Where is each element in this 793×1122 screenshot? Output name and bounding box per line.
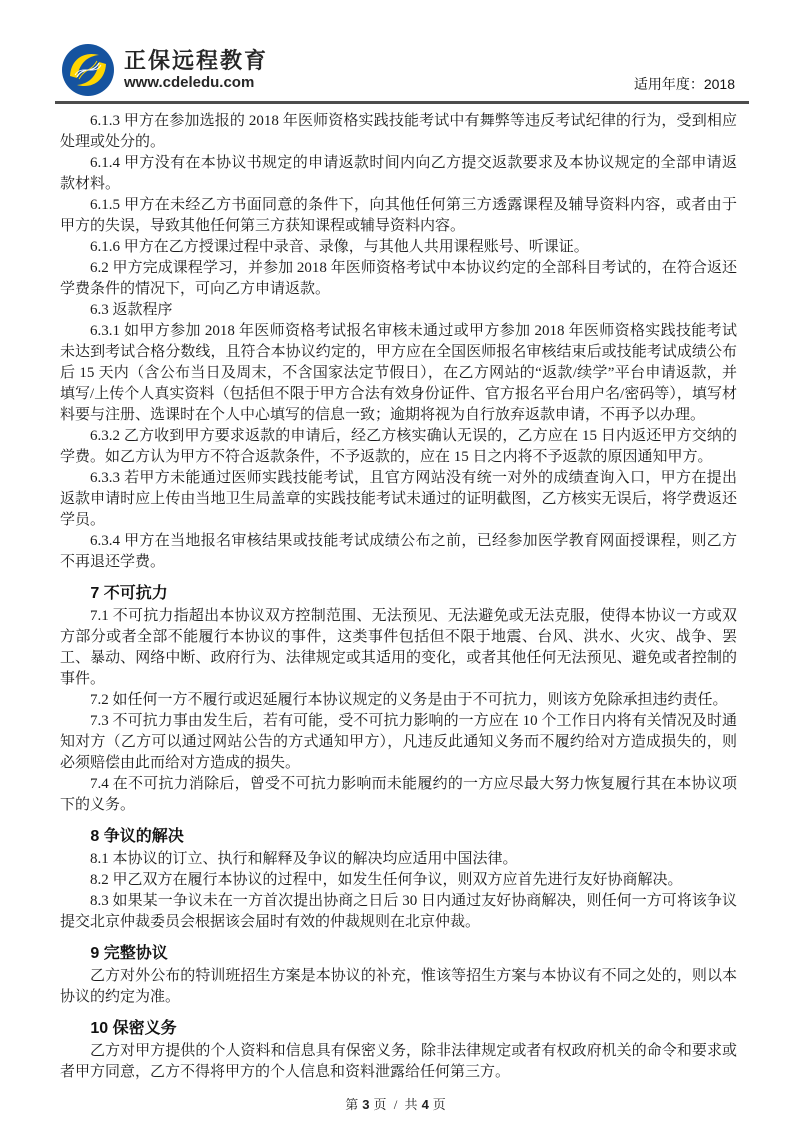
paragraph: 8.3 如果某一争议未在一方首次提出协商之日后 30 日内通过友好协商解决，则任… (60, 891, 737, 933)
paragraph: 7.3 不可抗力事由发生后，若有可能，受不可抗力影响的一方应在 10 个工作日内… (60, 711, 737, 774)
cdel-globe-swirl-icon (62, 44, 114, 96)
page-footer: 第3页 / 共4页 (0, 1094, 793, 1113)
footer-page-infix: 页 / 共 (373, 1097, 419, 1112)
paragraph: 6.1.5 甲方在未经乙方书面同意的条件下，向其他任何第三方透露课程及辅导资料内… (60, 195, 737, 237)
paragraph: 乙方对甲方提供的个人资料和信息具有保密义务，除非法律规定或者有权政府机关的命令和… (60, 1041, 737, 1083)
footer-page-suffix: 页 (433, 1097, 448, 1112)
applicable-year-label: 适用年度：2018 (634, 74, 735, 96)
paragraph: 6.3.3 若甲方未能通过医师实践技能考试，且官方网站没有统一对外的成绩查询入口… (60, 468, 737, 531)
brand-website: www.cdeledu.com (124, 74, 268, 92)
section-heading: 7 不可抗力 (60, 583, 737, 605)
footer-page-number: 3 (362, 1097, 371, 1112)
document-body: 6.1.3 甲方在参加选报的 2018 年医师资格实践技能考试中有舞弊等违反考试… (0, 104, 793, 1083)
section-heading: 8 争议的解决 (60, 826, 737, 848)
paragraph: 6.3.2 乙方收到甲方要求返款的申请后，经乙方核实确认无误的，乙方应在 15 … (60, 426, 737, 468)
paragraph: 8.1 本协议的订立、执行和解释及争议的解决均应适用中国法律。 (60, 849, 737, 870)
paragraph: 6.1.3 甲方在参加选报的 2018 年医师资格实践技能考试中有舞弊等违反考试… (60, 111, 737, 153)
section-heading: 10 保密义务 (60, 1018, 737, 1040)
paragraph: 6.3 返款程序 (60, 300, 737, 321)
footer-total-pages: 4 (422, 1097, 431, 1112)
brand-logo: 正保远程教育 www.cdeledu.com (62, 44, 268, 96)
brand-text-block: 正保远程教育 www.cdeledu.com (124, 48, 268, 92)
paragraph: 7.4 在不可抗力消除后，曾受不可抗力影响而未能履约的一方应尽最大努力恢复履行其… (60, 774, 737, 816)
paragraph: 乙方对外公布的特训班招生方案是本协议的补充，惟该等招生方案与本协议有不同之处的，… (60, 966, 737, 1008)
section-heading: 9 完整协议 (60, 943, 737, 965)
contract-page: 正保远程教育 www.cdeledu.com 适用年度：2018 6.1.3 甲… (0, 0, 793, 1122)
brand-name: 正保远程教育 (124, 48, 268, 74)
paragraph: 7.1 不可抗力指超出本协议双方控制范围、无法预见、无法避免或无法克服，使得本协… (60, 606, 737, 690)
paragraph: 6.1.6 甲方在乙方授课过程中录音、录像，与其他人共用课程账号、听课证。 (60, 237, 737, 258)
paragraph: 6.2 甲方完成课程学习，并参加 2018 年医师资格考试中本协议约定的全部科目… (60, 258, 737, 300)
paragraph: 7.2 如任何一方不履行或迟延履行本协议规定的义务是由于不可抗力，则该方免除承担… (60, 690, 737, 711)
paragraph: 6.3.1 如甲方参加 2018 年医师资格考试报名审核未通过或甲方参加 201… (60, 321, 737, 426)
paragraph: 6.1.4 甲方没有在本协议书规定的申请返款时间内向乙方提交返款要求及本协议规定… (60, 153, 737, 195)
paragraph: 8.2 甲乙双方在履行本协议的过程中，如发生任何争议，则双方应首先进行友好协商解… (60, 870, 737, 891)
paragraph: 6.3.4 甲方在当地报名审核结果或技能考试成绩公布之前，已经参加医学教育网面授… (60, 531, 737, 573)
page-header: 正保远程教育 www.cdeledu.com 适用年度：2018 (0, 0, 793, 101)
footer-page-prefix: 第 (345, 1097, 360, 1112)
